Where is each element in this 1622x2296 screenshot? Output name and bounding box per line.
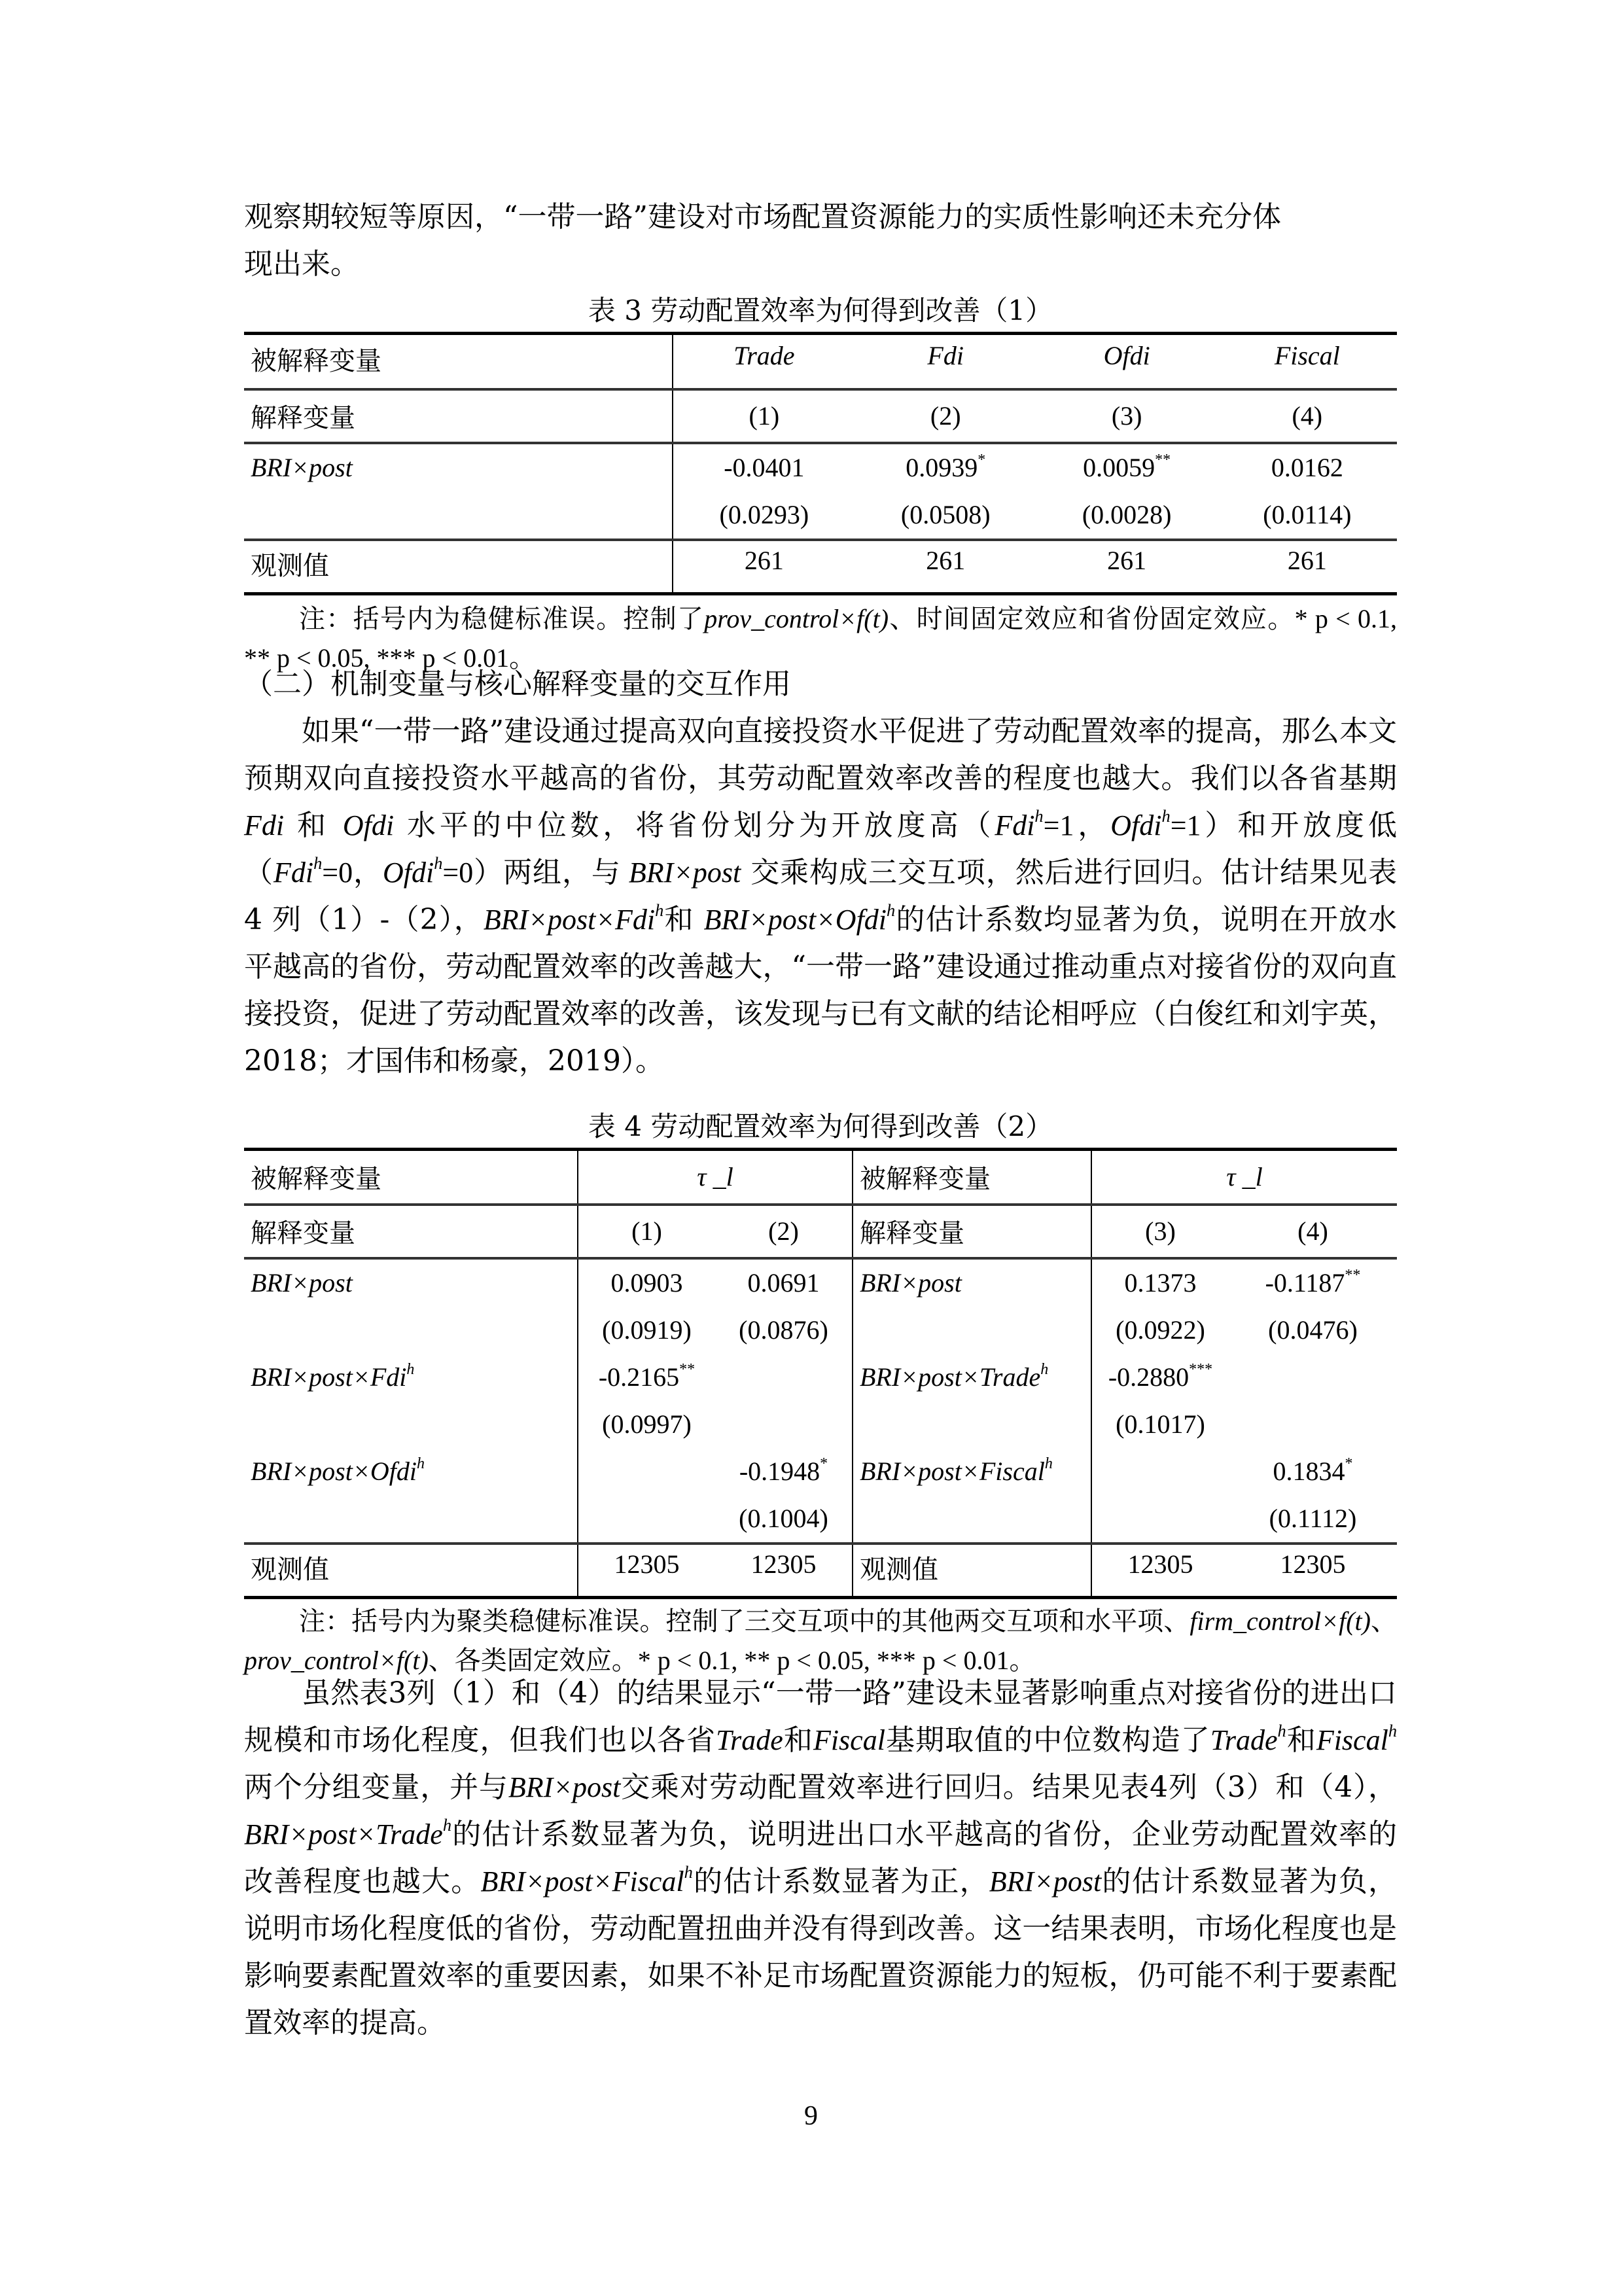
mechanism-paragraph: 如果“一带一路”建设通过提高双向直接投资水平促进了劳动配置效率的提高，那么本文预…: [244, 708, 1397, 1085]
conclusion-block: 虽然表3列（1）和（4）的结果显示“一带一路”建设未显著影响重点对接省份的进出口…: [244, 1670, 1397, 2047]
dependent-variable-label: 被解释变量: [853, 1150, 1091, 1205]
standard-error: (0.1017): [1091, 1401, 1229, 1448]
table-4-obs-row: 观测值 12305 12305 观测值 12305 12305: [244, 1544, 1397, 1598]
row-label: BRI×post×Fdih: [244, 1354, 578, 1401]
table-row-se: (0.1004) (0.1112): [244, 1495, 1397, 1544]
table-row-se: (0.0293) (0.0508) (0.0028) (0.0114): [244, 491, 1397, 540]
coefficient: -0.1187**: [1229, 1258, 1397, 1307]
standard-error: (0.0919): [578, 1307, 715, 1354]
section-2-block: （二）机制变量与核心解释变量的交互作用 如果“一带一路”建设通过提高双向直接投资…: [244, 661, 1397, 1085]
standard-error: (0.0508): [855, 491, 1036, 540]
table-3: 被解释变量 Trade Fdi Ofdi Fiscal 解释变量 (1) (2)…: [244, 332, 1397, 595]
column-index: (1): [673, 389, 855, 443]
dep-var-tau-l: τ _l: [578, 1150, 853, 1205]
observations-label: 观测值: [853, 1544, 1091, 1598]
dep-var-fiscal: Fiscal: [1218, 334, 1397, 389]
observations-value: 261: [1036, 540, 1218, 594]
intro-line-2: 现出来。: [244, 241, 1397, 288]
column-index: (1): [578, 1205, 715, 1258]
conclusion-paragraph: 虽然表3列（1）和（4）的结果显示“一带一路”建设未显著影响重点对接省份的进出口…: [244, 1670, 1397, 2047]
page-number: 9: [0, 2100, 1622, 2132]
row-label: BRI×post×Ofdih: [244, 1448, 578, 1495]
table-3-index-row: 解释变量 (1) (2) (3) (4): [244, 389, 1397, 443]
table-4-header-row: 被解释变量 τ _l 被解释变量 τ _l: [244, 1150, 1397, 1205]
table-4-caption: 表 4 劳动配置效率为何得到改善（2）: [244, 1107, 1397, 1146]
observations-label: 观测值: [244, 540, 673, 594]
table-3-block: 表 3 劳动配置效率为何得到改善（1） 被解释变量 Trade Fdi Ofdi…: [244, 291, 1397, 678]
section-heading: （二）机制变量与核心解释变量的交互作用: [244, 661, 1397, 708]
standard-error: (0.0028): [1036, 491, 1218, 540]
coefficient: [715, 1354, 853, 1401]
standard-error: (0.0114): [1218, 491, 1397, 540]
table-4-block: 表 4 劳动配置效率为何得到改善（2） 被解释变量 τ _l 被解释变量 τ _…: [244, 1107, 1397, 1680]
standard-error: (0.0997): [578, 1401, 715, 1448]
table-4-index-row: 解释变量 (1) (2) 解释变量 (3) (4): [244, 1205, 1397, 1258]
observations-label: 观测值: [244, 1544, 578, 1598]
explanatory-variable-label: 解释变量: [853, 1205, 1091, 1258]
row-label: BRI×post×Tradeh: [853, 1354, 1091, 1401]
coefficient: 0.1834*: [1229, 1448, 1397, 1495]
table-row-se: (0.0919) (0.0876) (0.0922) (0.0476): [244, 1307, 1397, 1354]
column-index: (3): [1091, 1205, 1229, 1258]
explanatory-variable-label: 解释变量: [244, 389, 673, 443]
coefficient: 0.0162: [1218, 443, 1397, 491]
standard-error: [578, 1495, 715, 1544]
dep-var-ofdi: Ofdi: [1036, 334, 1218, 389]
table-4-note: 注：括号内为聚类稳健标准误。控制了三交互项中的其他两交互项和水平项、firm_c…: [244, 1602, 1397, 1680]
coefficient: [1229, 1354, 1397, 1401]
observations-value: 12305: [1229, 1544, 1397, 1598]
coefficient: 0.0691: [715, 1258, 853, 1307]
coefficient: -0.2165**: [578, 1354, 715, 1401]
standard-error: (0.1004): [715, 1495, 853, 1544]
coefficient: 0.1373: [1091, 1258, 1229, 1307]
intro-line-1: 观察期较短等原因，“一带一路”建设对市场配置资源能力的实质性影响还未充分体: [244, 194, 1397, 241]
row-label-bri-post: BRI×post: [244, 443, 673, 491]
observations-value: 12305: [1091, 1544, 1229, 1598]
column-index: (2): [855, 389, 1036, 443]
table-3-header-row: 被解释变量 Trade Fdi Ofdi Fiscal: [244, 334, 1397, 389]
table-3-obs-row: 观测值 261 261 261 261: [244, 540, 1397, 594]
column-index: (4): [1218, 389, 1397, 443]
row-label: BRI×post×Fiscalh: [853, 1448, 1091, 1495]
coefficient: 0.0939*: [855, 443, 1036, 491]
document-page: 观察期较短等原因，“一带一路”建设对市场配置资源能力的实质性影响还未充分体 现出…: [0, 0, 1622, 2296]
dep-var-fdi: Fdi: [855, 334, 1036, 389]
observations-value: 261: [1218, 540, 1397, 594]
standard-error: [715, 1401, 853, 1448]
standard-error: (0.0922): [1091, 1307, 1229, 1354]
standard-error: (0.0293): [673, 491, 855, 540]
table-row: BRI×post×Fdih -0.2165** BRI×post×Tradeh …: [244, 1354, 1397, 1401]
dep-var-trade: Trade: [673, 334, 855, 389]
intro-paragraph: 观察期较短等原因，“一带一路”建设对市场配置资源能力的实质性影响还未充分体 现出…: [244, 194, 1397, 288]
column-index: (4): [1229, 1205, 1397, 1258]
observations-value: 261: [855, 540, 1036, 594]
explanatory-variable-label: 解释变量: [244, 1205, 578, 1258]
dep-var-tau-l: τ _l: [1091, 1150, 1397, 1205]
coefficient: [1091, 1448, 1229, 1495]
table-row: BRI×post -0.0401 0.0939* 0.0059** 0.0162: [244, 443, 1397, 491]
standard-error: (0.0876): [715, 1307, 853, 1354]
coefficient: -0.0401: [673, 443, 855, 491]
row-label: BRI×post: [853, 1258, 1091, 1307]
standard-error: [1229, 1401, 1397, 1448]
table-row: BRI×post 0.0903 0.0691 BRI×post 0.1373 -…: [244, 1258, 1397, 1307]
coefficient: -0.2880***: [1091, 1354, 1229, 1401]
row-label: BRI×post: [244, 1258, 578, 1307]
column-index: (2): [715, 1205, 853, 1258]
dependent-variable-label: 被解释变量: [244, 334, 673, 389]
table-row: BRI×post×Ofdih -0.1948* BRI×post×Fiscalh…: [244, 1448, 1397, 1495]
observations-value: 12305: [715, 1544, 853, 1598]
dependent-variable-label: 被解释变量: [244, 1150, 578, 1205]
table-3-caption: 表 3 劳动配置效率为何得到改善（1）: [244, 291, 1397, 330]
column-index: (3): [1036, 389, 1218, 443]
coefficient: [578, 1448, 715, 1495]
coefficient: 0.0059**: [1036, 443, 1218, 491]
table-4: 被解释变量 τ _l 被解释变量 τ _l 解释变量 (1) (2) 解释变量 …: [244, 1148, 1397, 1599]
coefficient: -0.1948*: [715, 1448, 853, 1495]
table-row-se: (0.0997) (0.1017): [244, 1401, 1397, 1448]
observations-value: 12305: [578, 1544, 715, 1598]
coefficient: 0.0903: [578, 1258, 715, 1307]
standard-error: (0.0476): [1229, 1307, 1397, 1354]
standard-error: (0.1112): [1229, 1495, 1397, 1544]
observations-value: 261: [673, 540, 855, 594]
standard-error: [1091, 1495, 1229, 1544]
